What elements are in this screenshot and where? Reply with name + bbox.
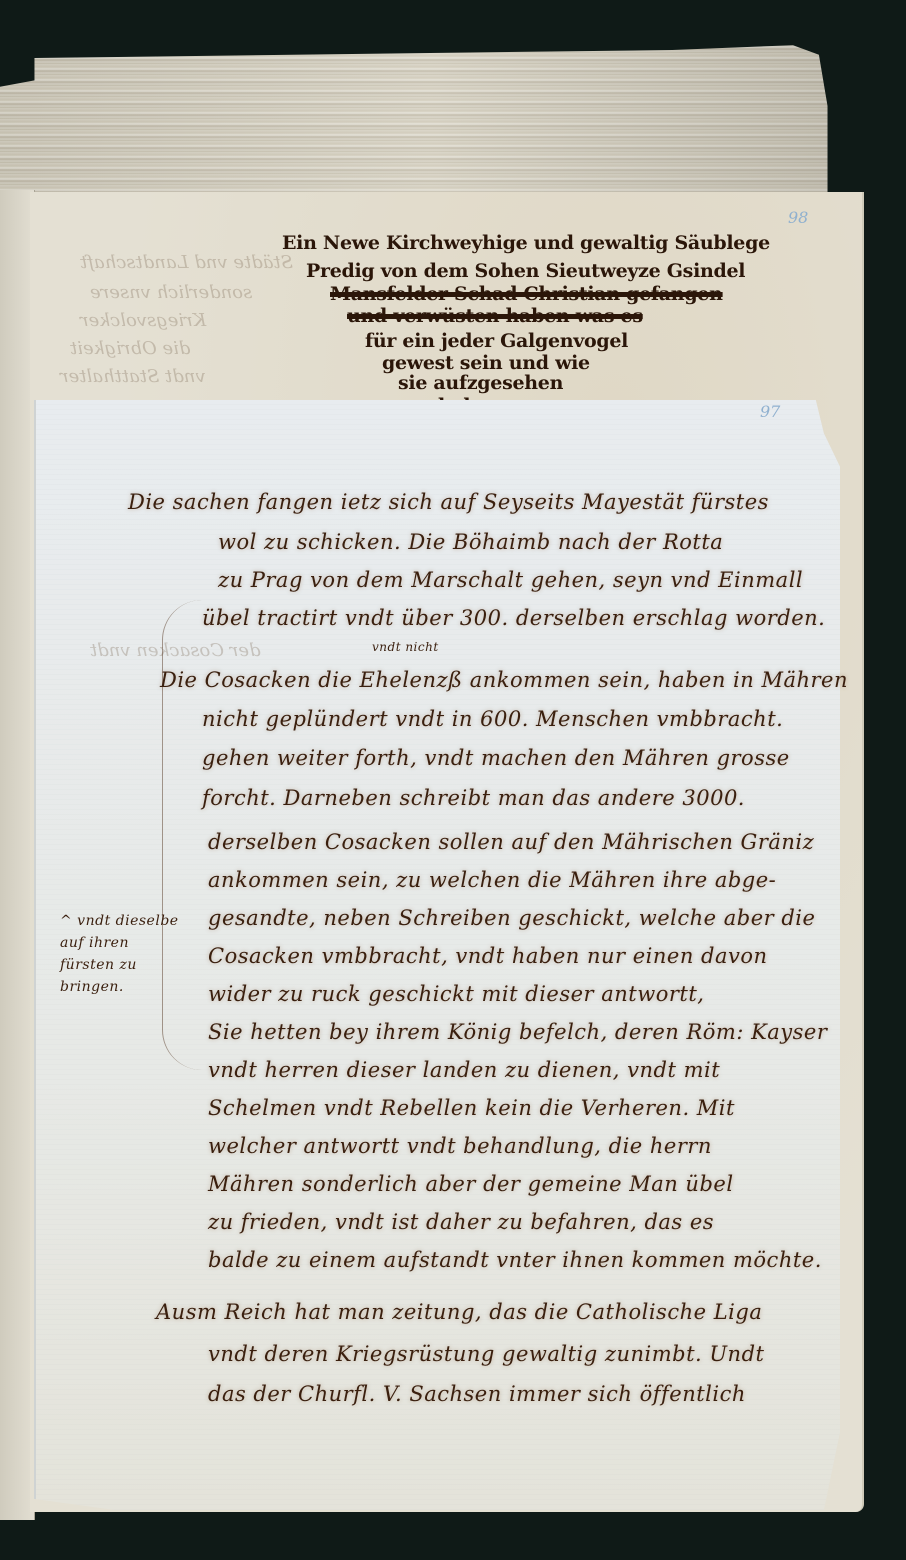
body-line-3: zu Prag von dem Marschalt gehen, seyn vn… — [218, 568, 803, 592]
inserted-words: vndt nicht — [372, 640, 439, 654]
body-line-16: Schelmen vndt Rebellen kein die Verheren… — [208, 1096, 735, 1120]
body-line-10: ankommen sein, zu welchen die Mähren ihr… — [208, 868, 776, 892]
body-line-11: gesandte, neben Schreiben geschickt, wel… — [208, 906, 815, 930]
title-line-3-struck: Mansfelder Schad Christian gefangen — [330, 283, 723, 305]
title-line-4-struck: und verwüsten haben was es — [347, 305, 643, 327]
body-line-9: derselben Cosacken sollen auf den Mähris… — [208, 830, 814, 854]
page-stack-shade — [0, 42, 862, 202]
body-line-20: balde zu einem aufstandt vnter ihnen kom… — [208, 1248, 822, 1272]
title-line-7: sie aufzgesehen — [398, 372, 563, 394]
body-line-17: welcher antwortt vndt behandlung, die he… — [208, 1134, 712, 1158]
title-line-1: Ein Newe Kirchweyhige und gewaltig Säubl… — [282, 232, 770, 254]
bleed-through-line: sonderlich vnsere — [90, 282, 252, 303]
title-line-2: Predig von dem Sohen Sieutweyze Gsindel — [306, 260, 745, 282]
body-line-15: vndt herren dieser landen zu dienen, vnd… — [208, 1058, 720, 1082]
body-line-21: Ausm Reich hat man zeitung, das die Cath… — [156, 1300, 762, 1324]
body-line-4: übel tractirt vndt über 300. derselben e… — [202, 606, 825, 630]
body-line-6: nicht geplündert vndt in 600. Menschen v… — [202, 707, 783, 731]
body-line-22: vndt deren Kriegsrüstung gewaltig zunimb… — [208, 1342, 764, 1366]
body-line-8: forcht. Darneben schreibt man das andere… — [202, 786, 745, 810]
body-line-23: das der Churfl. V. Sachsen immer sich öf… — [208, 1382, 746, 1406]
bleed-through-line: die Obrigkeit — [70, 338, 190, 359]
margin-note: ^ vndt dieselbe auf ihren fürsten zu bri… — [60, 910, 180, 998]
body-line-1: Die sachen fangen ietz sich auf Seyseits… — [128, 490, 769, 514]
body-line-18: Mähren sonderlich aber der gemeine Man ü… — [208, 1172, 734, 1196]
body-line-14: Sie hetten bey ihrem König befelch, dere… — [208, 1020, 827, 1044]
body-line-19: zu frieden, vndt ist daher zu befahren, … — [208, 1210, 714, 1234]
body-line-7: gehen weiter forth, vndt machen den Mähr… — [202, 746, 790, 770]
body-line-2: wol zu schicken. Die Böhaimb nach der Ro… — [218, 530, 723, 554]
body-line-5: Die Cosacken die Ehelenzß ankommen sein,… — [160, 668, 848, 692]
bleed-through-line: Kriegsvolcker — [80, 310, 206, 331]
folio-number-97: 97 — [760, 402, 780, 421]
title-line-5: für ein jeder Galgenvogel — [365, 330, 628, 352]
bleed-through-line: Städte vnd Landtschaft — [80, 252, 293, 273]
body-line-13: wider zu ruck geschickt mit dieser antwo… — [208, 982, 704, 1006]
folio-number-98: 98 — [788, 208, 808, 227]
body-line-12: Cosacken vmbbracht, vndt haben nur einen… — [208, 944, 768, 968]
title-line-6: gewest sein und wie — [382, 352, 590, 374]
bleed-through-line: vndt Statthalter — [60, 366, 206, 387]
